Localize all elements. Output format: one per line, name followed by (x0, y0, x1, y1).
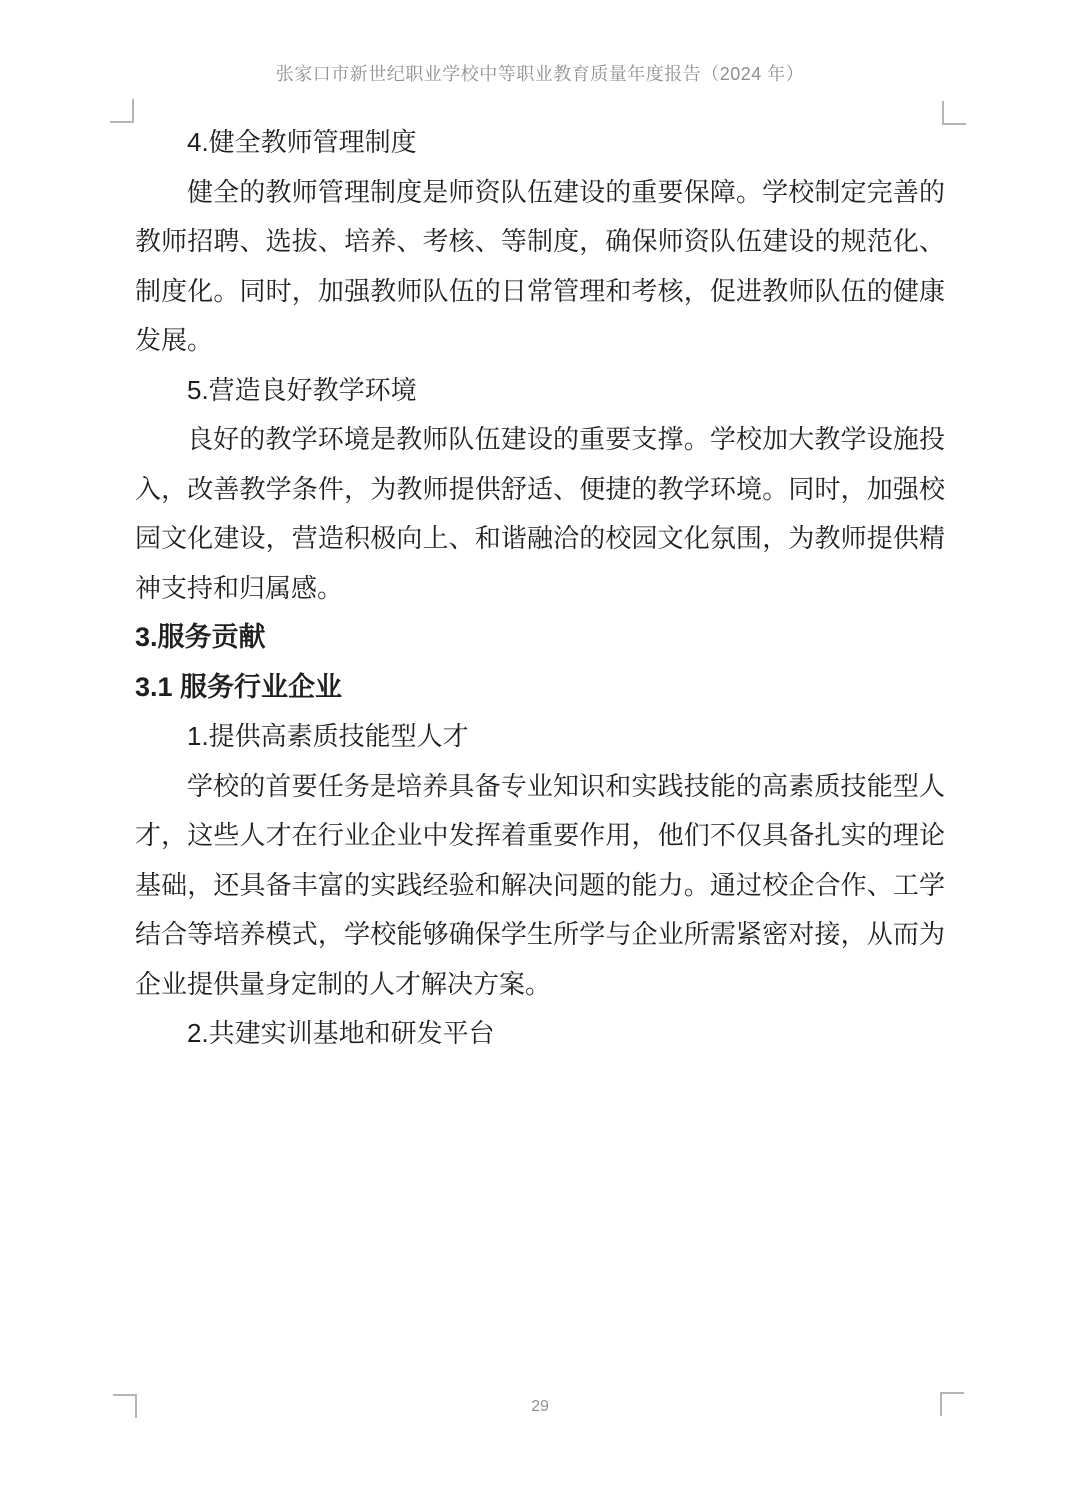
chapter-heading-serving-industry: 3.1 服务行业企业 (135, 663, 945, 713)
crop-mark-top-right-icon (942, 101, 966, 125)
document-page: 张家口市新世纪职业学校中等职业教育质量年度报告（2024 年） 4.健全教师管理… (0, 0, 1080, 1512)
page-number: 29 (0, 1396, 1080, 1418)
paragraph-teaching-environment: 良好的教学环境是教师队伍建设的重要支撑。学校加大教学设施投入，改善教学条件，为教… (135, 415, 945, 613)
chapter-heading-service-contribution: 3.服务贡献 (135, 613, 945, 663)
running-header-title: 张家口市新世纪职业学校中等职业教育质量年度报告（2024 年） (0, 60, 1080, 88)
crop-mark-top-left-icon (110, 99, 134, 123)
paragraph-teacher-management: 健全的教师管理制度是师资队伍建设的重要保障。学校制定完善的教师招聘、选拔、培养、… (135, 168, 945, 366)
section-heading-teaching-environment: 5.营造良好教学环境 (135, 366, 945, 416)
paragraph-skilled-talent: 学校的首要任务是培养具备专业知识和实践技能的高素质技能型人才，这些人才在行业企业… (135, 762, 945, 1010)
section-heading-teacher-management: 4.健全教师管理制度 (135, 118, 945, 168)
section-heading-skilled-talent: 1.提供高素质技能型人才 (135, 712, 945, 762)
page-body: 4.健全教师管理制度 健全的教师管理制度是师资队伍建设的重要保障。学校制定完善的… (135, 118, 945, 1059)
section-heading-training-base: 2.共建实训基地和研发平台 (135, 1009, 945, 1059)
